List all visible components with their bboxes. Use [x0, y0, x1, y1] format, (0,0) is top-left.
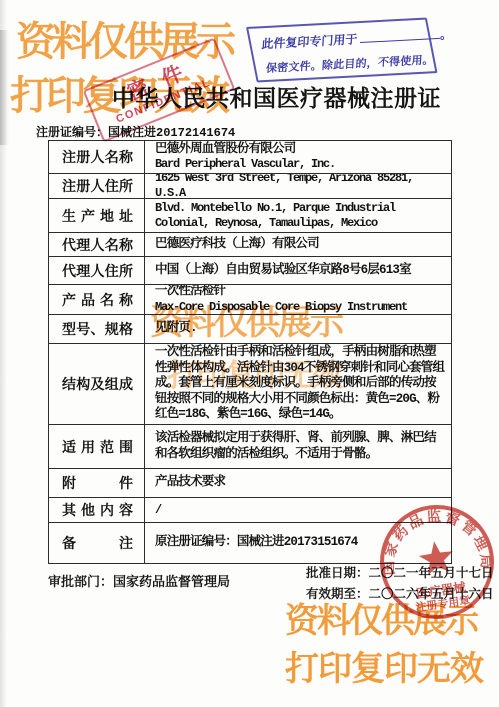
table-row: 适用范围该活检器械拟定用于获得肝、肾、前列腺、脾、淋巴结和各软组织瘤的活检组织。… — [49, 424, 451, 468]
row-value: 巴德外周血管股份有限公司Bard Peripheral Vascular, In… — [145, 141, 451, 173]
watermark-bottom-line2: 打印复印无效 — [285, 652, 483, 686]
row-label: 型号、规格 — [49, 315, 145, 343]
svg-text:国家药品监督管理局: 国家药品监督管理局 — [371, 500, 495, 585]
table-row: 附件产品技术要求 — [49, 468, 451, 497]
table-row: 生产地址Blvd. Montebello No.1, Parque Indust… — [49, 198, 451, 232]
row-label: 其他内容 — [49, 498, 145, 522]
row-label: 产品名称 — [49, 285, 145, 314]
row-label: 结构及组成 — [49, 344, 145, 424]
watermark-top-line2: 打印复印无效 — [10, 76, 226, 116]
copy-stamp-line2: 保密文件。除此目的，不得使用。 — [264, 52, 429, 76]
table-row: 注册人住所1625 West 3rd Street, Tempe, Arizon… — [49, 173, 451, 198]
row-label: 适用范围 — [49, 425, 145, 468]
approval-dept-line: 审批部门：国家药品监督管理局 — [48, 571, 230, 590]
row-value: Blvd. Montebello No.1, Parque Industrial… — [145, 199, 451, 232]
approval-dept-value: 国家药品监督管理局 — [113, 574, 230, 589]
row-value: 该活检器械拟定用于获得肝、肾、前列腺、脾、淋巴结和各软组织瘤的活检组织。不适用于… — [145, 425, 451, 468]
seal-arc-text: 国家药品监督管理局 — [371, 500, 495, 585]
valid-until-label: 有效期至： — [306, 587, 369, 601]
approval-dept-label: 审批部门： — [48, 574, 113, 589]
certificate-page: 中华人民共和国医疗器械注册证 注册证编号：国械注进20172141674 注册人… — [0, 0, 499, 707]
row-value: 中国（上海）自由贸易试验区华京路8号6层613室 — [145, 257, 451, 284]
row-label: 代理人名称 — [49, 233, 145, 256]
row-label: 注册人住所 — [49, 174, 145, 198]
row-label: 代理人住所 — [49, 257, 145, 284]
watermark-bottom-line1: 资料仅供展示 — [285, 604, 477, 638]
star-icon — [417, 539, 455, 576]
row-label: 注册人名称 — [49, 141, 145, 173]
row-label: 备注 — [49, 523, 145, 563]
row-value: 产品技术要求 — [145, 469, 451, 497]
copy-stamp-line1: 此件复印专门用于。 — [259, 27, 424, 52]
scan-edge-smudge — [0, 30, 9, 145]
row-label: 生产地址 — [49, 199, 145, 232]
watermark-top-line1: 资料仅供展示 — [16, 22, 232, 62]
table-row: 代理人名称巴德医疗科技（上海）有限公司 — [49, 232, 451, 256]
table-row: 代理人住所中国（上海）自由贸易试验区华京路8号6层613室 — [49, 256, 451, 284]
watermark-middle-line2: 打印复印无效 — [167, 360, 341, 391]
blank-underline — [358, 28, 440, 43]
copy-permission-stamp: 此件复印专门用于。 保密文件。除此目的，不得使用。 — [246, 18, 438, 83]
table-row: 注册人名称巴德外周血管股份有限公司Bard Peripheral Vascula… — [49, 141, 451, 173]
approval-date-label: 批准日期： — [306, 566, 369, 580]
row-value: 巴德医疗科技（上海）有限公司 — [145, 233, 451, 256]
row-label: 附件 — [49, 469, 145, 497]
cert-table: 注册人名称巴德外周血管股份有限公司Bard Peripheral Vascula… — [48, 140, 452, 564]
watermark-middle-line1: 资料仅供展示 — [150, 306, 342, 340]
row-value: 1625 West 3rd Street, Tempe, Arizona 852… — [145, 174, 451, 198]
